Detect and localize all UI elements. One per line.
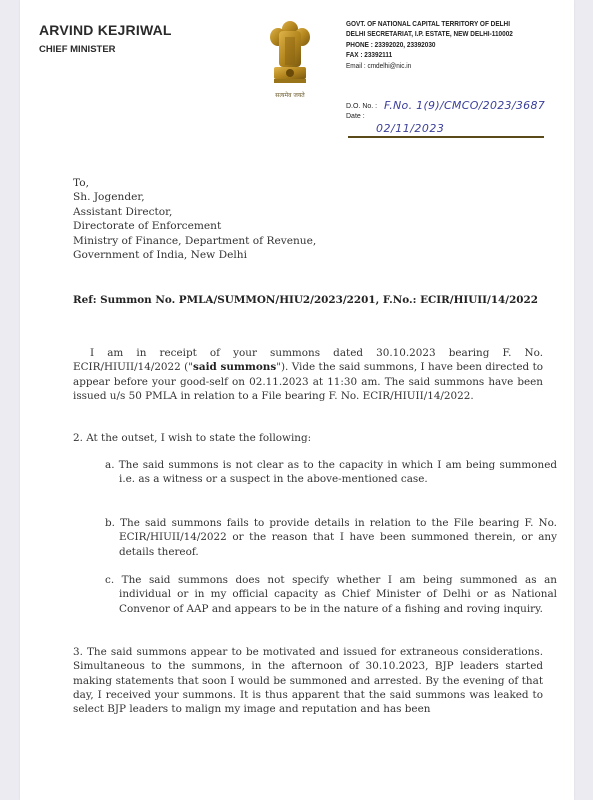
address-line: Assistant Director, — [73, 205, 316, 219]
sender-title: CHIEF MINISTER — [39, 44, 116, 55]
email-line: Email : cmdelhi@nic.in — [346, 62, 513, 72]
recipient-address: To, Sh. Jogender, Assistant Director, Di… — [73, 176, 316, 262]
sub-point-c: c. The said summons does not specify whe… — [105, 573, 557, 616]
fax-line: FAX : 23392111 — [346, 51, 513, 61]
date-value: 02/11/2023 — [376, 122, 444, 135]
national-emblem-icon — [265, 12, 315, 102]
do-number-label: D.O. No. : — [346, 102, 377, 112]
paragraph-1: I am in receipt of your summons dated 30… — [73, 346, 543, 403]
address-line: Government of India, New Delhi — [73, 248, 316, 262]
sub-point-a: a. The said summons is not clear as to t… — [105, 458, 557, 487]
govt-line: GOVT. OF NATIONAL CAPITAL TERRITORY OF D… — [346, 20, 513, 30]
contact-block: GOVT. OF NATIONAL CAPITAL TERRITORY OF D… — [346, 20, 513, 72]
phone-line: PHONE : 23392020, 23392030 — [346, 41, 513, 51]
address-line: Directorate of Enforcement — [73, 219, 316, 233]
do-date-labels: D.O. No. : Date : — [346, 102, 377, 122]
reference-line: Ref: Summon No. PMLA/SUMMON/HIU2/2023/22… — [73, 293, 543, 307]
secretariat-line: DELHI SECRETARIAT, I.P. ESTATE, NEW DELH… — [346, 30, 513, 40]
date-label: Date : — [346, 112, 377, 122]
p1-defined-term: said summons — [193, 361, 276, 373]
address-line: Sh. Jogender, — [73, 190, 316, 204]
paragraph-3: 3. The said summons appear to be motivat… — [73, 645, 543, 716]
date-underline — [348, 136, 544, 138]
paragraph-2: 2. At the outset, I wish to state the fo… — [73, 431, 543, 445]
sub-point-b: b. The said summons fails to provide det… — [105, 516, 557, 559]
do-number-value: F.No. 1(9)/CMCO/2023/3687 — [384, 99, 545, 112]
sender-name: ARVIND KEJRIWAL — [39, 22, 172, 38]
address-line: To, — [73, 176, 316, 190]
address-line: Ministry of Finance, Department of Reven… — [73, 234, 316, 248]
emblem-motto: सत्यमेव जयते — [263, 91, 317, 99]
